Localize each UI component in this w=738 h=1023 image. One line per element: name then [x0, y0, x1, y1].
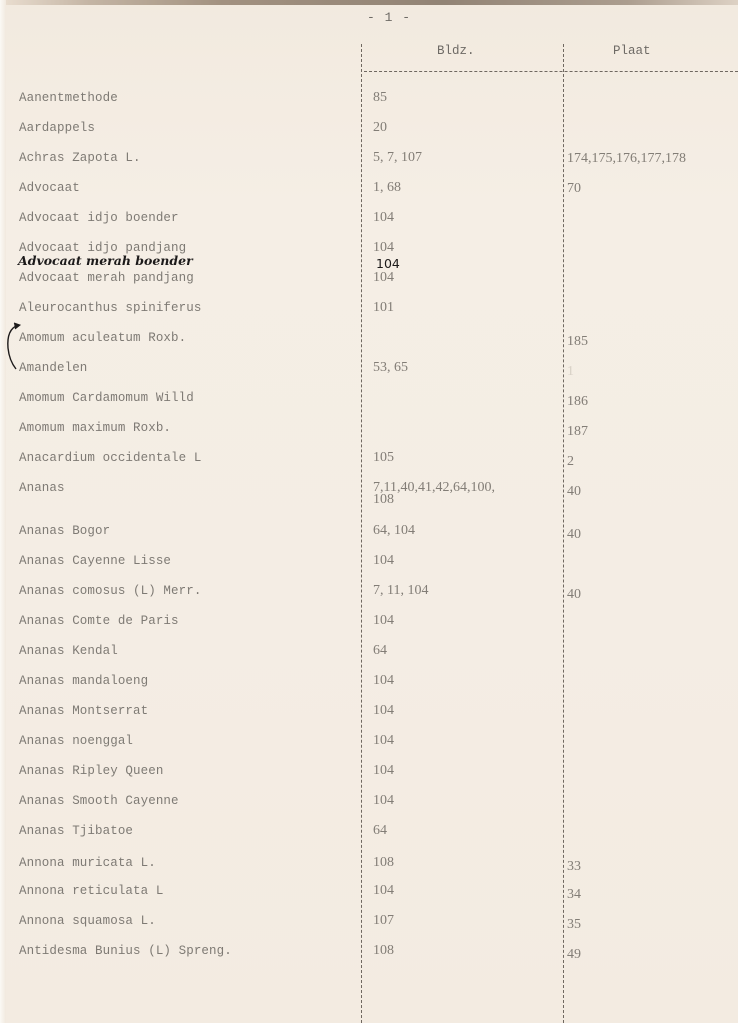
- entry-bldz-pages: 101: [373, 301, 394, 314]
- table-row: Achras Zapota L.5, 7, 107174,175,176,177…: [0, 151, 738, 171]
- entry-bldz-pages: 53, 65: [373, 361, 408, 374]
- entry-name: Antidesma Bunius (L) Spreng.: [19, 944, 232, 958]
- entry-bldz-pages: 104: [373, 241, 394, 254]
- entry-bldz-pages: 64: [373, 644, 387, 657]
- table-row: Advocaat merah pandjang104: [0, 271, 738, 291]
- entry-bldz-pages: 104: [373, 764, 394, 777]
- table-row: Ananas Comte de Paris104: [0, 614, 738, 634]
- table-row: Anacardium occidentale L1052: [0, 451, 738, 471]
- entry-name: Ananas comosus (L) Merr.: [19, 584, 201, 598]
- column-header-bldz: Bldz.: [437, 44, 475, 58]
- entry-bldz-pages: 104: [373, 704, 394, 717]
- entry-name: Ananas Tjibatoe: [19, 824, 133, 838]
- entry-bldz-pages: 104: [373, 884, 394, 897]
- entry-plaat-number: 40: [567, 484, 581, 500]
- entry-bldz-pages: 104: [373, 734, 394, 747]
- table-row: Ananas Montserrat104: [0, 704, 738, 724]
- entry-bldz-pages: 85: [373, 91, 387, 104]
- entry-name: Ananas: [19, 481, 65, 495]
- entry-name: Ananas Smooth Cayenne: [19, 794, 179, 808]
- table-row: Advocaat1, 6870: [0, 181, 738, 201]
- table-row: Ananas Ripley Queen104: [0, 764, 738, 784]
- entry-plaat-number: 40: [567, 527, 581, 543]
- entry-name: Ananas Bogor: [19, 524, 110, 538]
- entry-bldz-pages: 104: [373, 794, 394, 807]
- entry-bldz-pages: 108: [373, 856, 394, 869]
- entry-name: Ananas Cayenne Lisse: [19, 554, 171, 568]
- entry-bldz-pages: 104: [373, 554, 394, 567]
- entry-name: Aleurocanthus spiniferus: [19, 301, 201, 315]
- entry-name: Ananas Kendal: [19, 644, 118, 658]
- table-row: Ananas Bogor64, 10440: [0, 524, 738, 544]
- entry-name: Advocaat idjo boender: [19, 211, 179, 225]
- entry-name: Ananas Comte de Paris: [19, 614, 179, 628]
- document-page: - 1 - Bldz. Plaat Aanentmethode85Aardapp…: [0, 0, 738, 1023]
- entry-name: Annona squamosa L.: [19, 914, 156, 928]
- entry-bldz-pages: 108: [373, 944, 394, 957]
- table-row: Amomum maximum Roxb.187: [0, 421, 738, 441]
- entry-bldz-pages: 104: [373, 211, 394, 224]
- entry-plaat-number: 174,175,176,177,178: [567, 151, 686, 167]
- entry-plaat-number: 185: [567, 334, 588, 350]
- entry-name: Achras Zapota L.: [19, 151, 141, 165]
- entry-bldz-pages: 7, 11, 104: [373, 584, 428, 597]
- table-row: Aardappels20: [0, 121, 738, 141]
- page-number: - 1 -: [367, 10, 411, 25]
- header-underline: [364, 71, 738, 72]
- entry-bldz-pages-continued: 108: [373, 493, 394, 506]
- entry-plaat-number: 70: [567, 181, 581, 197]
- entry-plaat-number: 35: [567, 917, 581, 933]
- entry-bldz-pages: 64: [373, 824, 387, 837]
- entry-plaat-number: 187: [567, 424, 588, 440]
- entry-plaat-number: 1: [567, 364, 574, 380]
- column-header-plaat: Plaat: [613, 44, 651, 58]
- table-row: Annona squamosa L.10735: [0, 914, 738, 934]
- entry-bldz-pages: 1, 68: [373, 181, 401, 194]
- entry-name: Ananas noenggal: [19, 734, 133, 748]
- table-row: Annona muricata L.10833: [0, 856, 738, 876]
- paper-top-edge: [0, 0, 738, 5]
- entry-name: Annona muricata L.: [19, 856, 156, 870]
- entry-name: Amomum aculeatum Roxb.: [19, 331, 186, 345]
- table-row: Amandelen53, 651: [0, 361, 738, 381]
- table-row: Antidesma Bunius (L) Spreng.10849: [0, 944, 738, 964]
- handwritten-entry-name: Advocaat merah boender: [18, 253, 193, 268]
- table-row: Amomum aculeatum Roxb.185: [0, 331, 738, 351]
- entry-bldz-pages: 104: [373, 271, 394, 284]
- entry-bldz-pages: 104: [373, 674, 394, 687]
- table-row: Annona reticulata L10434: [0, 884, 738, 904]
- entry-plaat-number: 186: [567, 394, 588, 410]
- table-row: Ananas Kendal64: [0, 644, 738, 664]
- entry-bldz-pages: 5, 7, 107: [373, 151, 422, 164]
- entry-plaat-number: 49: [567, 947, 581, 963]
- entry-bldz-pages: 64, 104: [373, 524, 415, 537]
- table-row: Ananas Smooth Cayenne104: [0, 794, 738, 814]
- entry-name: Aardappels: [19, 121, 95, 135]
- entry-name: Annona reticulata L: [19, 884, 163, 898]
- entry-name: Amandelen: [19, 361, 87, 375]
- entry-plaat-number: 33: [567, 859, 581, 875]
- table-row: Aanentmethode85: [0, 91, 738, 111]
- entry-plaat-number: 40: [567, 587, 581, 603]
- entry-bldz-pages: 104: [373, 614, 394, 627]
- table-row: Aleurocanthus spiniferus101: [0, 301, 738, 321]
- entry-name: Aanentmethode: [19, 91, 118, 105]
- entry-name: Amomum maximum Roxb.: [19, 421, 171, 435]
- table-row: Ananas mandaloeng104: [0, 674, 738, 694]
- table-row: Ananas comosus (L) Merr.7, 11, 10440: [0, 584, 738, 604]
- table-row: Amomum Cardamomum Willd186: [0, 391, 738, 411]
- entry-name: Ananas mandaloeng: [19, 674, 148, 688]
- table-row: Ananas Tjibatoe64: [0, 824, 738, 844]
- entry-name: Ananas Montserrat: [19, 704, 148, 718]
- entry-name: Advocaat merah pandjang: [19, 271, 194, 285]
- table-row: Advocaat idjo boender104: [0, 211, 738, 231]
- entry-bldz-pages: 105: [373, 451, 394, 464]
- table-row: Ananas7,11,40,41,42,64,100,10840: [0, 481, 738, 501]
- entry-bldz-pages: 20: [373, 121, 387, 134]
- entry-name: Ananas Ripley Queen: [19, 764, 163, 778]
- handwritten-swap-arrow-icon: [4, 322, 26, 372]
- table-row: Ananas Cayenne Lisse104: [0, 554, 738, 574]
- entry-bldz-pages: 107: [373, 914, 394, 927]
- table-row: Ananas noenggal104: [0, 734, 738, 754]
- entry-plaat-number: 2: [567, 454, 574, 470]
- entry-name: Advocaat: [19, 181, 80, 195]
- handwritten-entry-bldz: 104: [376, 256, 400, 271]
- entry-name: Anacardium occidentale L: [19, 451, 201, 465]
- entry-name: Amomum Cardamomum Willd: [19, 391, 194, 405]
- entry-plaat-number: 34: [567, 887, 581, 903]
